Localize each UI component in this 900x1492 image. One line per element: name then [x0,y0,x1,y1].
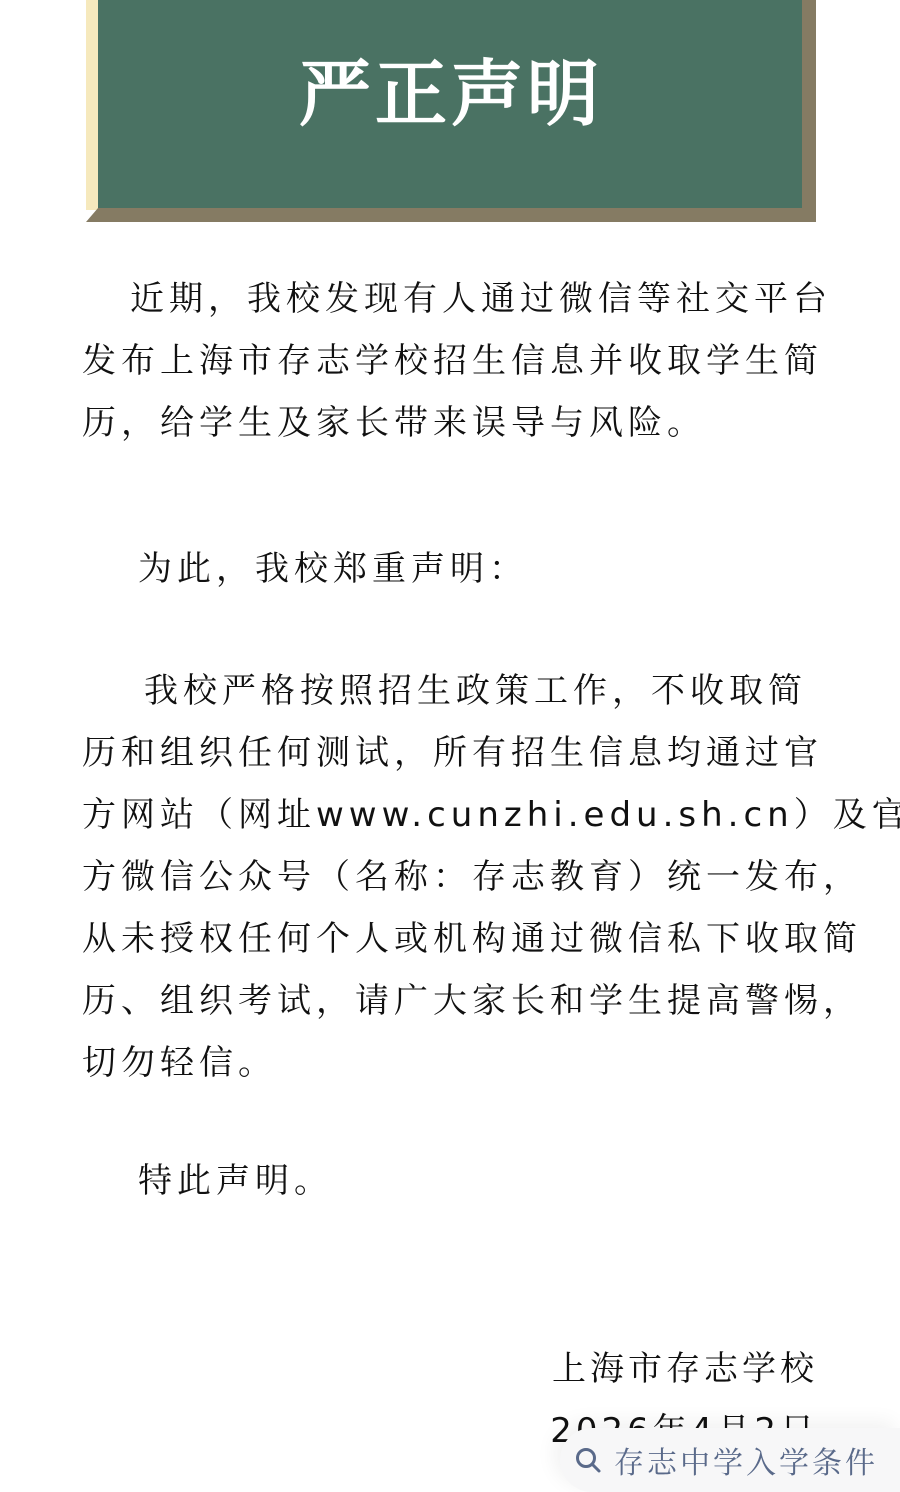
search-icon [574,1446,602,1474]
search-suggestion-bar[interactable]: 存志中学入学条件 [560,1428,900,1492]
banner-bottom-edge [86,208,816,222]
paragraph-declaration-intro: 为此，我校郑重声明： [82,538,822,600]
text-line: 历，给学生及家长带来误导与风险。 [82,392,822,454]
paragraph-declaration-body: 我校严格按照招生政策工作，不收取简 历和组织任何测试，所有招生信息均通过官 方网… [82,660,822,1094]
text-line: 我校严格按照招生政策工作，不收取简 [82,660,822,722]
text-line: 特此声明。 [82,1150,822,1212]
text-line: 方微信公众号（名称：存志教育）统一发布， [82,846,822,908]
text-line: 发布上海市存志学校招生信息并收取学生简 [82,330,822,392]
text-line: 切勿轻信。 [82,1032,822,1094]
paragraph-intro: 近期，我校发现有人通过微信等社交平台 发布上海市存志学校招生信息并收取学生简 历… [82,268,822,454]
page-title: 严正声明 [86,36,816,140]
text-line: 从未授权任何个人或机构通过微信私下收取简 [82,908,822,970]
text-line: 历和组织任何测试，所有招生信息均通过官 [82,722,822,784]
search-suggestion-text[interactable]: 存志中学入学条件 [614,1438,878,1482]
statement-banner: 严正声明 [86,0,816,222]
paragraph-closing: 特此声明。 [82,1150,822,1212]
text-line: 历、组织考试，请广大家长和学生提高警惕， [82,970,822,1032]
text-line: 为此，我校郑重声明： [82,538,822,600]
text-line: 方网站（网址www.cunzhi.edu.sh.cn）及官 [82,784,822,846]
signature-org: 上海市存志学校 [550,1338,818,1400]
text-line: 近期，我校发现有人通过微信等社交平台 [82,268,822,330]
